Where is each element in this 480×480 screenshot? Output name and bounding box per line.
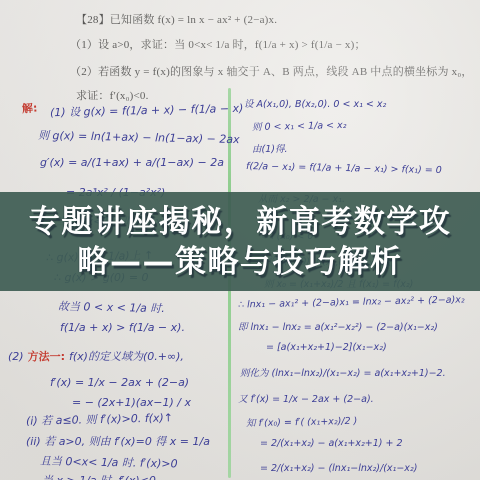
handwritten-line: f′(x) = 1/x − 2ax + (2−a) xyxy=(50,376,189,389)
notes-photo: 【28】已知函数 f(x) = ln x − ax² + (2−a)x. （1）… xyxy=(0,0,480,480)
handwritten-line: 故当 0 < x < 1/a 时. xyxy=(58,298,165,316)
handwritten-line: = − (2x+1)(ax−1) / x xyxy=(72,396,191,409)
problem-line: 求证：f′(x₀)<0. xyxy=(76,87,149,103)
handwritten-line: 且当 0<x< 1/a 时. f′(x)>0 xyxy=(40,453,178,472)
handwritten-line-method: (2)方法一:f(x)的定义域为(0.+∞), xyxy=(8,348,188,364)
handwritten-line: = 2/(x₁+x₂) − (lnx₁−lnx₂)/(x₁−x₂) xyxy=(260,463,417,474)
method-label: 方法一: xyxy=(28,350,65,363)
handwritten-line: 则 g(x) = ln(1+ax) − ln(1−ax) − 2ax xyxy=(38,127,240,147)
handwritten-line: 设 A(x₁,0), B(x₂,0). 0 < x₁ < x₂ xyxy=(244,96,386,110)
method-prefix: (2) xyxy=(8,350,24,363)
handwritten-line: (ii) 若 a>0, 则由 f′(x)=0 得 x = 1/a xyxy=(26,433,210,449)
handwritten-line: g′(x) = a/(1+ax) + a/(1−ax) − 2a xyxy=(40,156,224,169)
problem-line: 【28】已知函数 f(x) = ln x − ax² + (2−a)x. xyxy=(76,11,277,27)
banner-title-line2: 略——策略与技巧解析 xyxy=(78,242,403,282)
handwritten-line: 则化为 (lnx₁−lnx₂)/(x₁−x₂) = a(x₁+x₂+1)−2. xyxy=(240,365,446,379)
handwritten-line: f(2/a − x₁) = f(1/a + 1/a − x₁) > f(x₁) … xyxy=(246,161,442,176)
handwritten-line: 由(1)得. xyxy=(252,141,287,155)
handwritten-line: f(1/a + x) > f(1/a − x). xyxy=(60,321,185,334)
problem-line: （2）若函数 y = f(x)的图象与 x 轴交于 A、B 两点，线段 AB 中… xyxy=(70,63,473,79)
title-banner-overlay: 专题讲座揭秘，新高考数学攻 略——策略与技巧解析 xyxy=(0,192,480,291)
handwritten-line: 即 lnx₁ − lnx₂ = a(x₁²−x₂²) − (2−a)(x₁−x₂… xyxy=(238,319,438,333)
handwritten-line: ∴ lnx₁ − ax₁² + (2−a)x₁ = lnx₂ − ax₂² + … xyxy=(238,294,465,310)
solution-marker: 解: xyxy=(21,99,37,116)
banner-title-line1: 专题讲座揭秘，新高考数学攻 xyxy=(29,202,452,242)
handwritten-line: 又 f′(x) = 1/x − 2ax + (2−a). xyxy=(238,391,374,405)
handwritten-line: 知 f′(x₀) = f′( (x₁+x₂)/2 ) xyxy=(246,413,358,430)
handwritten-line: (1) 设 g(x) = f(1/a + x) − f(1/a − x) xyxy=(50,100,244,120)
problem-line: （1）设 a>0，求证：当 0<x< 1/a 时，f(1/a + x) > f(… xyxy=(70,36,366,52)
handwritten-line: 当 x > 1/a 时, f′(x)<0 xyxy=(42,472,156,480)
handwritten-line: = 2/(x₁+x₂) − a(x₁+x₂+1) + 2 xyxy=(260,438,403,449)
handwritten-line: f(x)的定义域为(0.+∞), xyxy=(69,350,184,363)
handwritten-line: (i) 若 a≤0. 则 f′(x)>0. f(x)↑ xyxy=(26,409,173,428)
handwritten-line: = [a(x₁+x₂+1)−2](x₁−x₂) xyxy=(266,342,387,353)
handwritten-line: 则 0 < x₁ < 1/a < x₂ xyxy=(252,117,347,133)
